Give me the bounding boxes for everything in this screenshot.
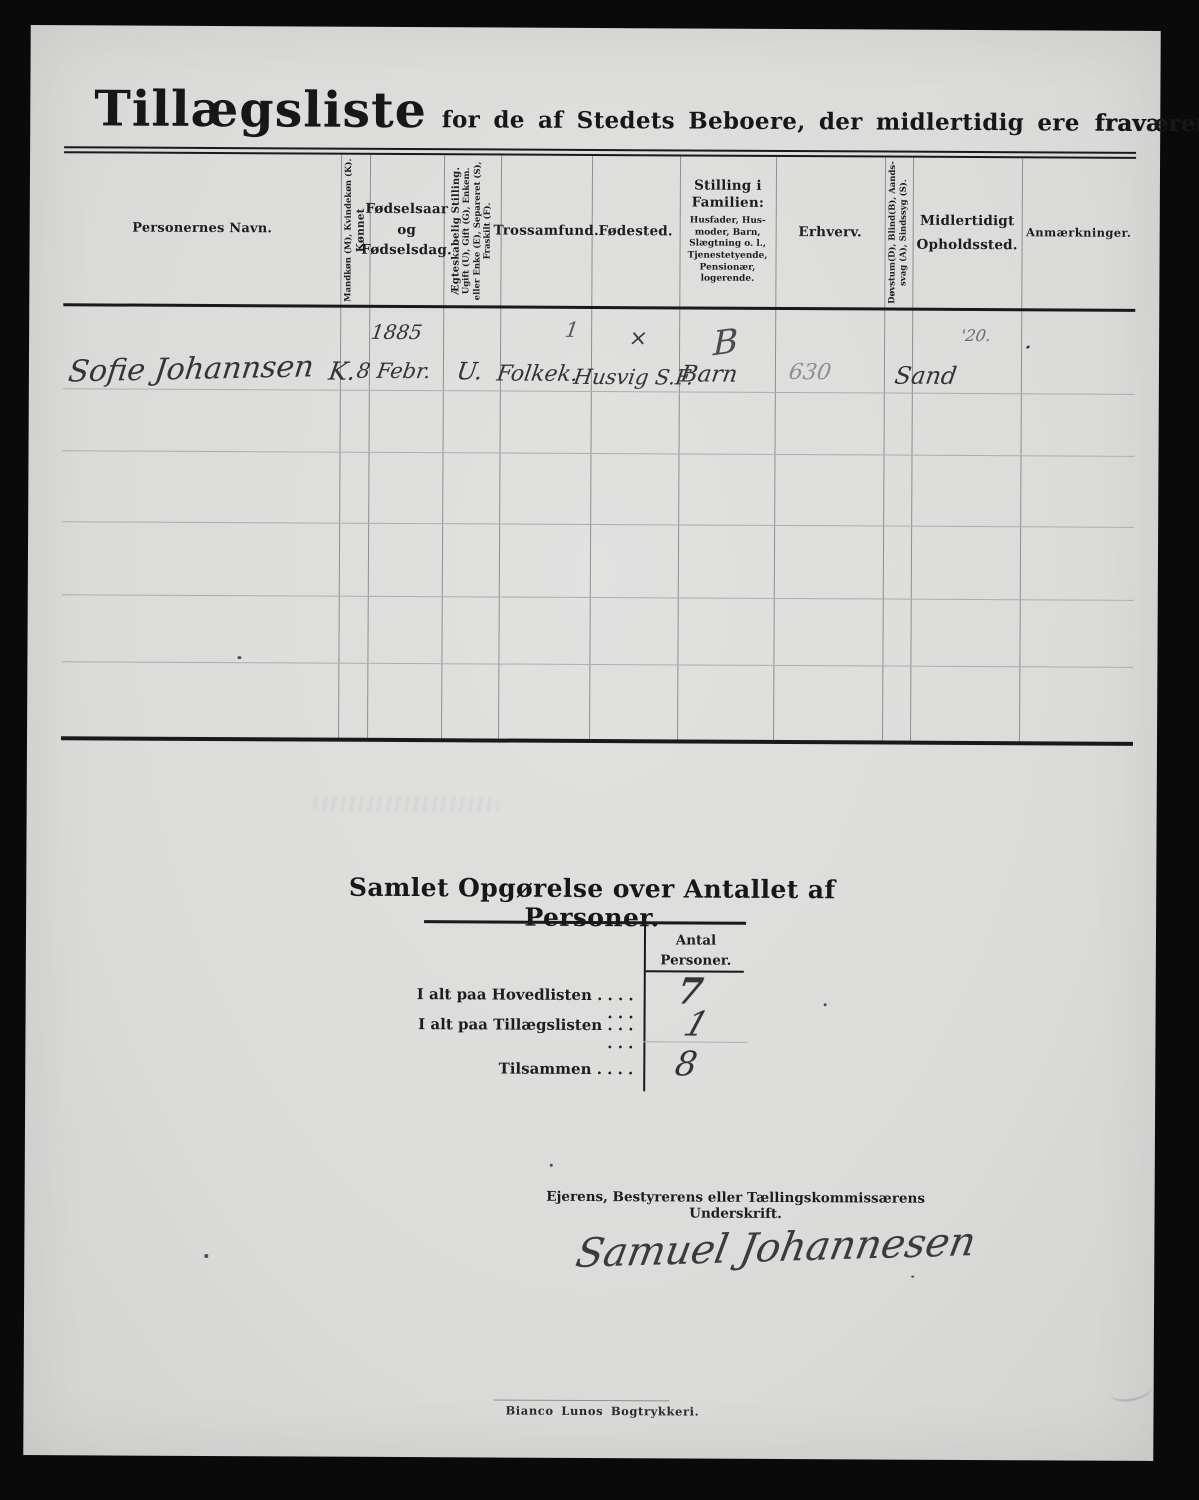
col-header-name-label: Personernes Navn. — [132, 219, 272, 240]
col-header-marital: Ægteskabelig Stilling. Ugift (U), Gift (… — [443, 157, 501, 304]
screenshot-root: { "title": { "main": "Tillægsliste", "re… — [0, 0, 1199, 1500]
summary-row-label: Tilsammen . . . . — [413, 1059, 633, 1078]
col-header-sex-sub: Mandkøn (M), Kvindekøn (K). — [343, 159, 354, 302]
col-header-remarks-label: Anmærkninger. — [1026, 224, 1131, 242]
col-header-remarks: Anmærkninger. — [1021, 158, 1136, 309]
cell-residence-mark: '20. — [960, 326, 993, 345]
col-header-birth-label: Fødselsaar og Fødselsdag. — [361, 198, 452, 261]
ink-speck — [237, 656, 241, 659]
page-title-main: Tillægsliste — [94, 79, 427, 139]
cell-faith-mark: 1 — [563, 318, 580, 342]
col-header-marital-title: Ægteskabelig Stilling. — [450, 167, 462, 295]
col-header-faith: Trossamfund. — [500, 156, 592, 306]
summary-title: Samlet Opgørelse over Antallet af Person… — [300, 872, 884, 933]
table-bottom-rule — [61, 736, 1133, 746]
signature-caption: Ejerens, Bestyrerens eller Tællingskommi… — [542, 1189, 928, 1223]
corner-scribble — [1108, 1377, 1153, 1404]
cell-birth-day-value: 8 Febr. — [355, 359, 432, 383]
col-header-residence-label: Midlertidigt Opholdssted. — [916, 208, 1017, 257]
summary-col-header: Antal Personer. — [644, 931, 748, 971]
col-header-disability: Døvstum(D), Blind(B), Aands- svag (A), S… — [884, 159, 913, 307]
cell-family-value: Barn — [679, 361, 739, 387]
col-header-family-sub: Husfader, Hus- moder, Barn, Slægtning o.… — [688, 215, 768, 286]
col-header-occupation: Erhverv. — [775, 157, 885, 308]
footer-rule — [494, 1399, 670, 1401]
summary-row-label: I alt paa Tillægslisten . . . . . . — [413, 1015, 633, 1052]
signature-handwritten: Samuel Johannesen — [572, 1219, 979, 1277]
col-header-birthplace: Fødested. — [591, 156, 680, 306]
cell-name-value: Sofie Johannsen — [66, 349, 315, 389]
table-row-line — [62, 521, 1134, 528]
summary-row-value: 8 — [672, 1044, 699, 1084]
printer-imprint: Bianco Lunos Bogtrykkeri. — [505, 1404, 699, 1419]
page-title: Tillægsliste for de af Stedets Beboere, … — [94, 79, 1199, 143]
ink-speck — [911, 1276, 914, 1278]
col-header-family: Stilling i Familien: Husfader, Hus- mode… — [679, 156, 776, 307]
ink-speck — [824, 1003, 827, 1006]
cell-sex-value: K. — [327, 357, 358, 386]
table-row-line — [62, 594, 1134, 601]
cell-residence-value: Sand — [893, 362, 959, 390]
col-header-birthplace-label: Fødested. — [599, 221, 673, 242]
col-header-name: Personernes Navn. — [63, 153, 341, 304]
col-header-occupation-label: Erhverv. — [798, 222, 862, 243]
table-row-line — [61, 661, 1133, 668]
col-header-residence: Midlertidigt Opholdssted. — [912, 158, 1022, 309]
cell-family-mark: B — [713, 321, 738, 364]
ink-speck — [204, 1254, 208, 1258]
col-header-birth: Fødselsaar og Fødselsdag. — [369, 155, 444, 305]
col-header-faith-label: Trossamfund. — [493, 220, 598, 241]
cell-birthplace-value: Husvig S.F. — [572, 365, 695, 390]
table-row-line — [63, 450, 1135, 457]
cell-remarks-value: . — [1023, 326, 1035, 354]
bleed-through-smudge — [309, 797, 499, 812]
cell-marital-value: U. — [455, 357, 485, 385]
page-title-emphasis: fraværende. — [1095, 110, 1199, 138]
col-header-marital-sub: Ugift (U), Gift (G), Enkem. eller Enke (… — [461, 161, 494, 300]
scanned-census-form: Tillægsliste for de af Stedets Beboere, … — [23, 25, 1160, 1461]
cell-birthplace-mark: × — [627, 326, 649, 351]
cell-birth-year-value: 1885 — [369, 320, 423, 344]
page-title-rest: for de af Stedets Beboere, der midlertid… — [442, 106, 1080, 136]
col-header-family-title: Stilling i Familien: — [692, 177, 765, 212]
ink-speck — [550, 1164, 553, 1167]
cell-faith-value: Folkek. — [495, 362, 580, 387]
table-row-line — [63, 388, 1135, 395]
col-header-disability-label: Døvstum(D), Blind(B), Aands- svag (A), S… — [888, 161, 910, 304]
cell-occupation-value: 630 — [787, 360, 833, 385]
